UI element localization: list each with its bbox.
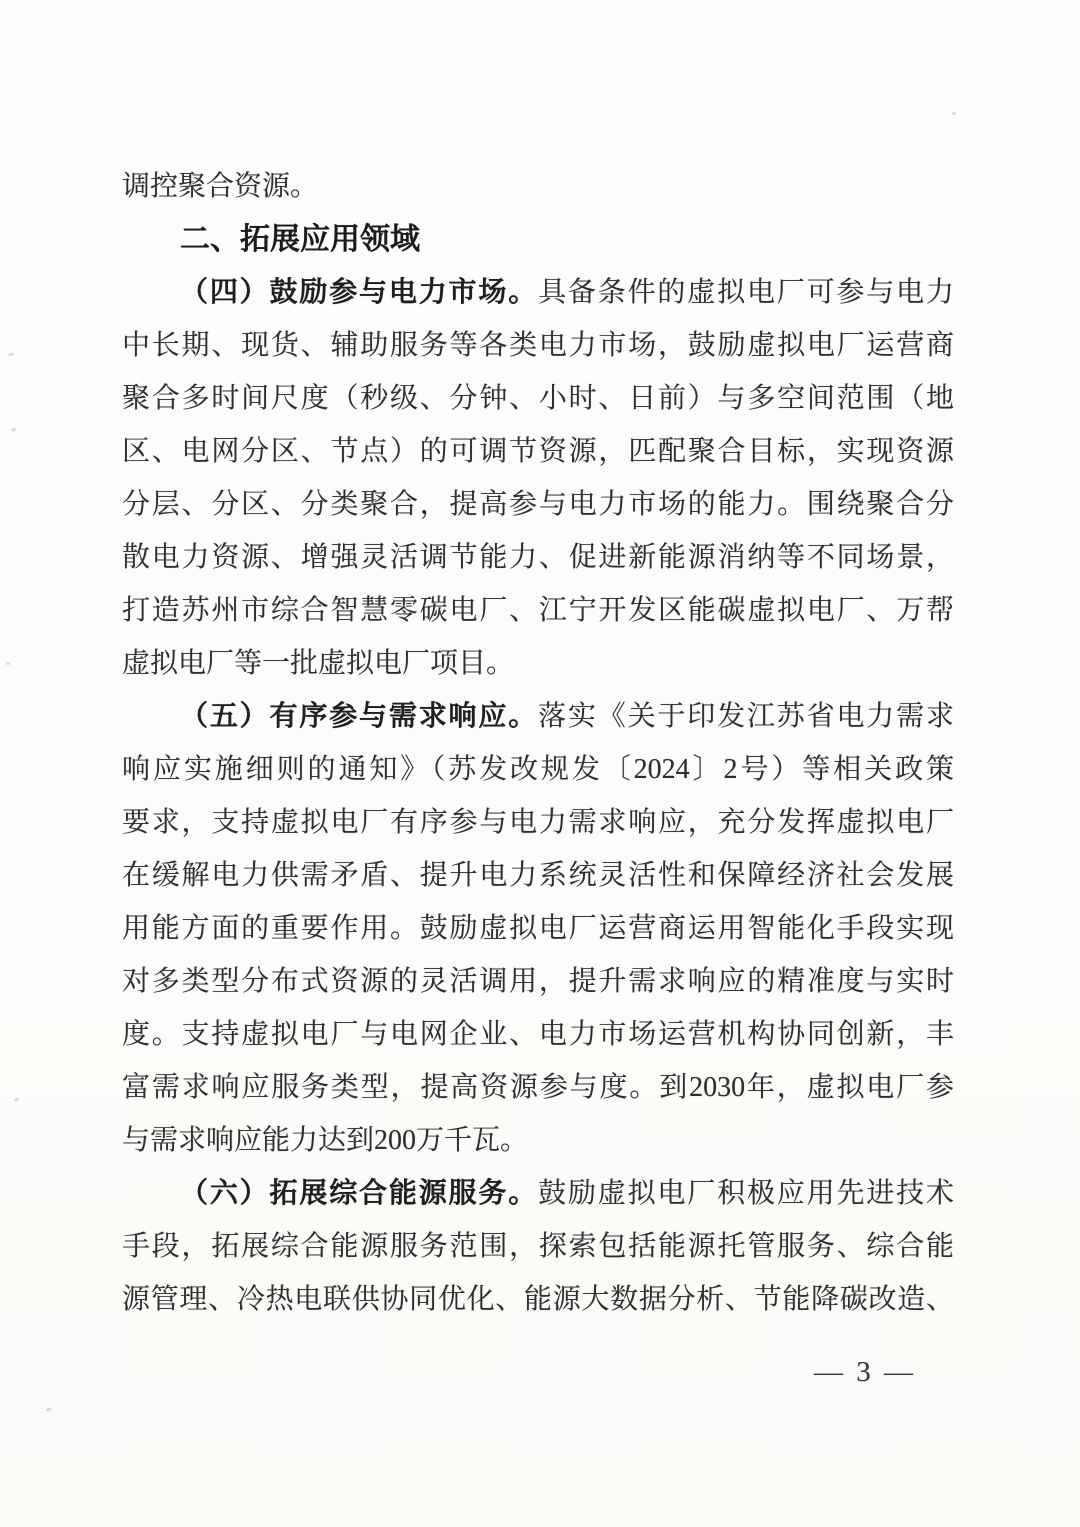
scan-speck	[11, 427, 17, 431]
paragraph-lead: （四）鼓励参与电力市场。	[180, 277, 538, 308]
text-line: 源管理、冷热电联供协同优化、能源大数据分析、节能降碳改造、	[122, 1273, 954, 1326]
paragraph-lead: （六）拓展综合能源服务。	[180, 1178, 538, 1209]
text-line: 打造苏州市综合智慧零碳电厂、江宁开发区能碳虚拟电厂、万帮	[122, 584, 954, 637]
text-line: 聚合多时间尺度（秒级、分钟、小时、日前）与多空间范围（地	[122, 372, 954, 425]
text-line: 富需求响应服务类型，提高资源参与度。到2030年，虚拟电厂参	[122, 1061, 954, 1114]
text-line: 中长期、现货、辅助服务等各类电力市场，鼓励虚拟电厂运营商	[122, 319, 954, 372]
paragraph-start-line: （五）有序参与需求响应。落实《关于印发江苏省电力需求	[122, 690, 954, 743]
scan-speck	[14, 1097, 20, 1101]
paragraph-end-line: 与需求响应能力达到200万千瓦。	[122, 1114, 954, 1167]
text-line: 分层、分区、分类聚合，提高参与电力市场的能力。围绕聚合分	[122, 478, 954, 531]
document-page: 调控聚合资源。 二、拓展应用领域 （四）鼓励参与电力市场。具备条件的虚拟电厂可参…	[0, 0, 1080, 1527]
paragraph-lead: （五）有序参与需求响应。	[180, 701, 538, 732]
scan-speck	[952, 112, 956, 115]
line-text: 具备条件的虚拟电厂可参与电力	[538, 277, 954, 308]
section-heading: 二、拓展应用领域	[122, 213, 954, 266]
document-body: 调控聚合资源。 二、拓展应用领域 （四）鼓励参与电力市场。具备条件的虚拟电厂可参…	[122, 160, 954, 1326]
scan-speck	[6, 662, 10, 665]
text-line: 响应实施细则的通知》（苏发改规发〔2024〕2号）等相关政策	[122, 743, 954, 796]
text-line: 手段，拓展综合能源服务范围，探索包括能源托管服务、综合能	[122, 1220, 954, 1273]
line-text: 鼓励虚拟电厂积极应用先进技术	[538, 1178, 954, 1209]
paragraph-end-line: 虚拟电厂等一批虚拟电厂项目。	[122, 637, 954, 690]
paragraph-start-line: （四）鼓励参与电力市场。具备条件的虚拟电厂可参与电力	[122, 266, 954, 319]
text-line: 度。支持虚拟电厂与电网企业、电力市场运营机构协同创新，丰	[122, 1008, 954, 1061]
text-line: 用能方面的重要作用。鼓励虚拟电厂运营商运用智能化手段实现	[122, 902, 954, 955]
text-line: 调控聚合资源。	[122, 160, 954, 213]
text-line: 在缓解电力供需矛盾、提升电力系统灵活性和保障经济社会发展	[122, 849, 954, 902]
text-line: 对多类型分布式资源的灵活调用，提升需求响应的精准度与实时	[122, 955, 954, 1008]
text-line: 区、电网分区、节点）的可调节资源，匹配聚合目标，实现资源	[122, 425, 954, 478]
text-line: 要求，支持虚拟电厂有序参与电力需求响应，充分发挥虚拟电厂	[122, 796, 954, 849]
scan-speck	[46, 1407, 52, 1411]
page-number: — 3 —	[814, 1356, 916, 1389]
scan-speck	[8, 352, 15, 357]
text-line: 散电力资源、增强灵活调节能力、促进新能源消纳等不同场景，	[122, 531, 954, 584]
line-text: 落实《关于印发江苏省电力需求	[538, 701, 954, 732]
paragraph-start-line: （六）拓展综合能源服务。鼓励虚拟电厂积极应用先进技术	[122, 1167, 954, 1220]
